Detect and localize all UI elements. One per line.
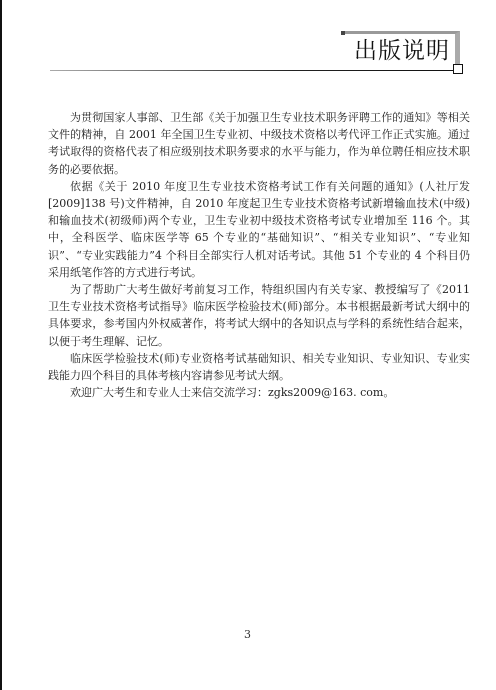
paragraph-3: 为了帮助广大考生做好考前复习工作，特组织国内有关专家、教授编写了《2011 卫生… — [48, 281, 470, 350]
corner-square-icon — [453, 64, 463, 74]
paragraph-2: 依据《关于 2010 年度卫生专业技术资格考试工作有关问题的通知》(人社厅发[2… — [48, 178, 470, 281]
body-text: 为贯彻国家人事部、卫生部《关于加强卫生专业技术职务评聘工作的通知》等相关文件的精… — [48, 109, 470, 401]
paragraph-4: 临床医学检验技术(师)专业资格考试基础知识、相关专业知识、专业知识、专业实践能力… — [48, 350, 470, 384]
paragraph-1: 为贯彻国家人事部、卫生部《关于加强卫生专业技术职务评聘工作的通知》等相关文件的精… — [48, 109, 470, 178]
page-number: 3 — [244, 628, 251, 641]
header-rule — [50, 70, 456, 71]
paragraph-5: 欢迎广大考生和专业人士来信交流学习：zgks2009@163. com。 — [48, 384, 470, 401]
page-edge — [0, 0, 2, 690]
page-title: 出版说明 — [354, 36, 450, 66]
